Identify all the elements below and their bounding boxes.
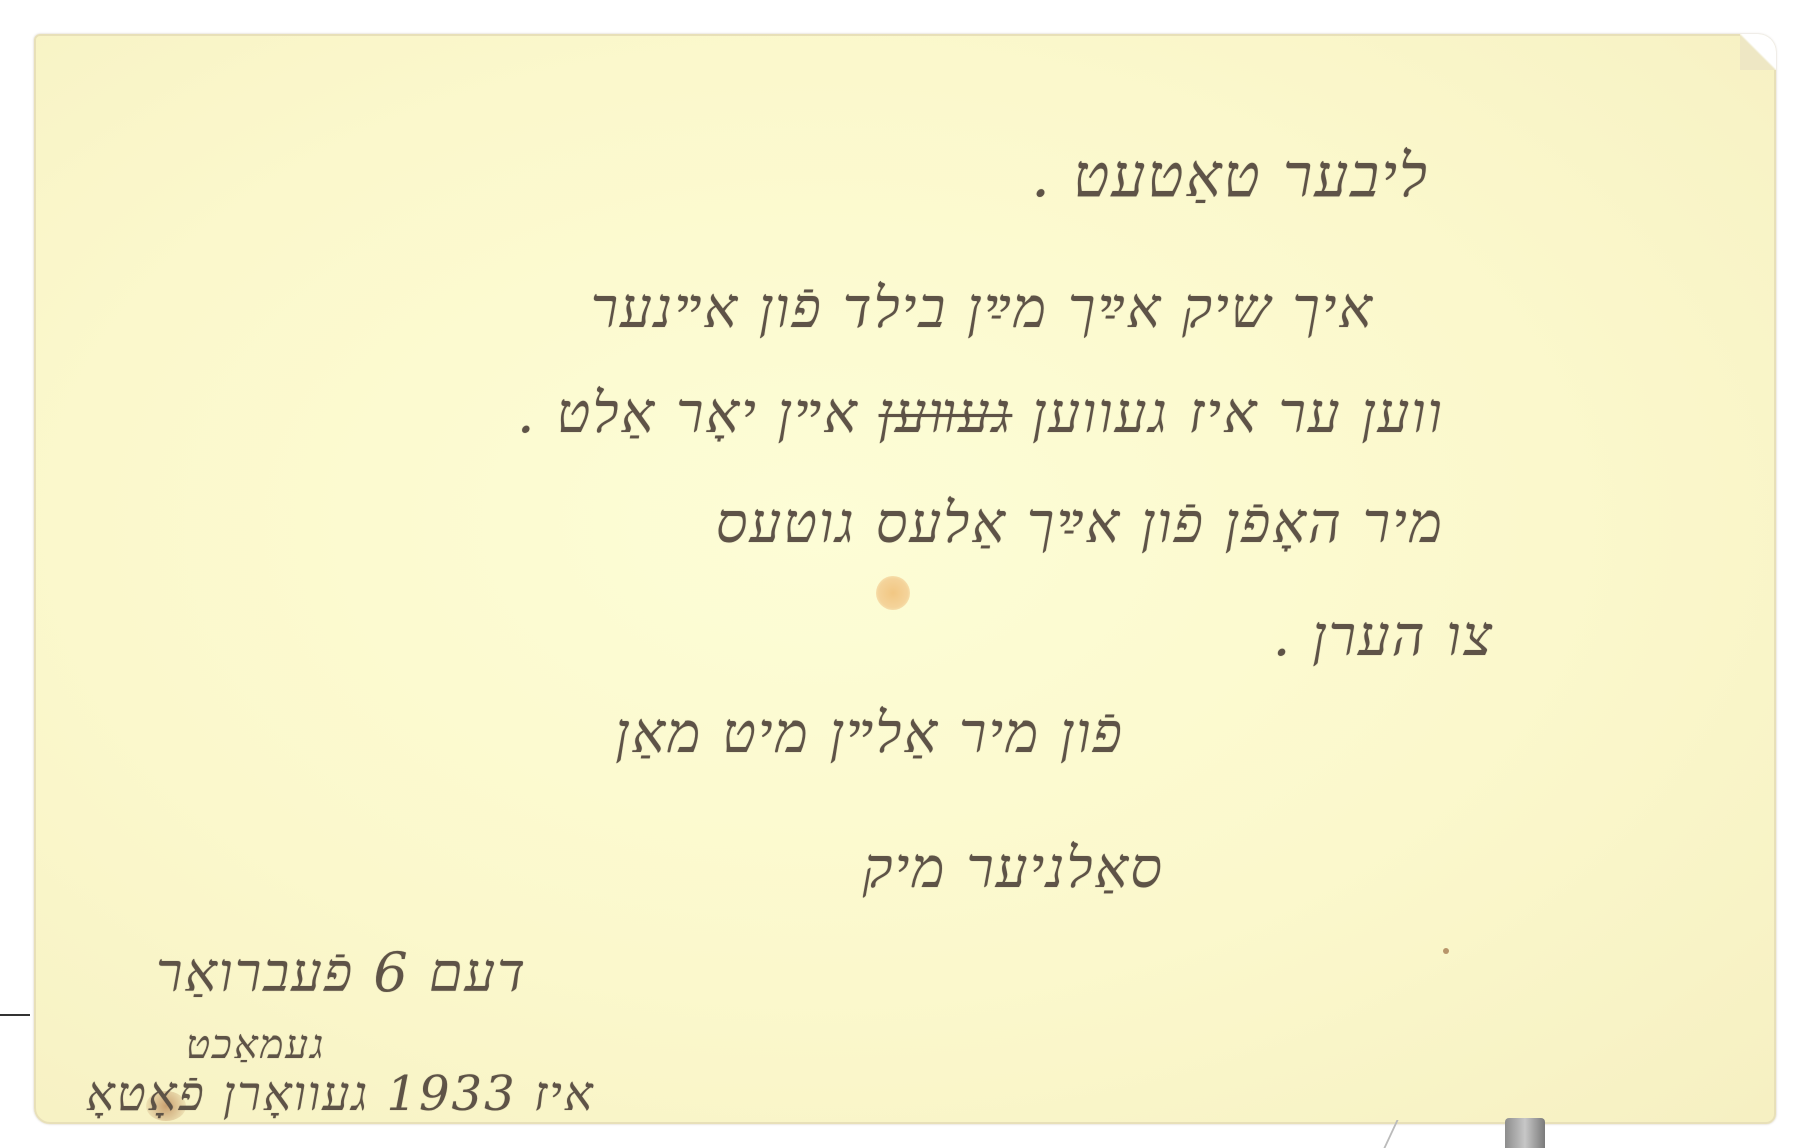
scan-edge-mark [0, 1014, 30, 1016]
body-line-6: פֿון מיר אַלײן מיט מאַן [615, 701, 1124, 766]
signature: סאַלניער מיק [863, 836, 1164, 901]
body-line-3-start: ווען ער איז געווען [1032, 381, 1444, 446]
scan-edge-mark [1383, 1120, 1428, 1148]
ink-speck [1443, 948, 1449, 954]
date-note-line-2: געמאַכט [186, 1021, 325, 1068]
struck-out-word: געװען [879, 381, 1013, 446]
body-line-3-end: אײן יאָר אַלט . [517, 381, 859, 446]
paper-stain [876, 576, 910, 610]
body-line-2: איך שיק אײַך מײַן בילד פֿון אײנער [591, 276, 1374, 341]
body-line-4: מיר האָפֿן פֿון אײַך אַלעס גוטעס [716, 491, 1444, 556]
holder-clip [1505, 1118, 1545, 1148]
salutation: ליבער טאַטעט . [1031, 141, 1429, 211]
body-line-3: ווען ער איז געווען געװען אײן יאָר אַלט . [517, 381, 1444, 446]
date-note-line-1: דעם 6 פֿעברואַר [156, 941, 527, 1004]
date-note-line-3: איז 1933 געוואָרן פֿאָטאָ [86, 1066, 595, 1122]
curled-corner [1740, 34, 1776, 70]
postcard: ליבער טאַטעט . איך שיק אײַך מײַן בילד פֿ… [34, 34, 1776, 1124]
body-line-5: צו הערן . [1273, 604, 1494, 669]
